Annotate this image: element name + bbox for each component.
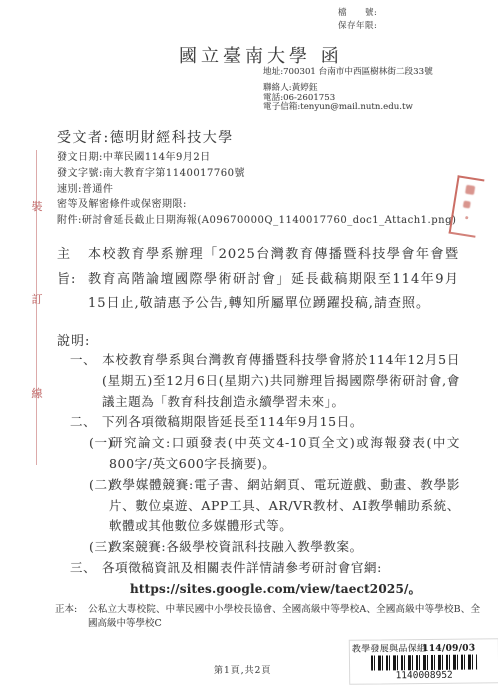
file-number-label: 檔 號: [338,7,377,20]
contact-block: 地址:700301 台南市中西區樹林街二段33號 聯絡人:黃婷鈺 電話:06-2… [263,67,433,113]
received-stamp: 教學發展與品保組114/09/03 1140008952 [349,638,498,685]
item-label: (二) [89,475,109,496]
item-label: 二、 [70,412,102,433]
item-text: 研究論文:口頭發表(中英文4-10頁全文)或海報發表(中文800字/英文600字… [109,435,460,471]
subject-text: 本校教育學系辦理「2025台灣教育傳播暨科技學會年會暨教育高階論壇國際學術研討會… [88,243,459,317]
security-class-line: 密等及解密條件或保密期限: [57,197,456,213]
list-item: (三)教案競賽:各級學校資訊科技融入教學教案。 [89,537,460,558]
contact-address: 地址:700301 台南市中西區樹林街二段33號 [263,67,433,78]
list-item: (一)研究論文:口頭發表(中英文4-10頁全文)或海報發表(中文800字/英文6… [89,433,460,475]
list-item: (二)教學媒體競賽:電子書、網站網頁、電玩遊戲、動畫、教學影片、數位桌遊、APP… [89,475,460,537]
stamp-date: 114/09/03 [422,643,475,654]
explanation-label: 說明: [57,330,90,349]
attachment-line: 附件:研討會延長截止日期海報(A09670000Q_1140017760_doc… [57,213,456,229]
conference-website-url: https://sites.google.com/view/taect2025/… [130,579,460,600]
copy-to-label: 正本: [55,603,88,617]
explanation-items: 一、本校教育學系與台灣教育傳播暨科技學會將於114年12月5日(星期五)至12月… [70,350,460,600]
item-label: (一) [89,433,109,454]
barcode-number: 1140008952 [352,669,496,682]
barcode [371,654,477,670]
issue-number-line: 發文字號:南大教育字第1140017760號 [57,166,456,182]
list-item: 一、本校教育學系與台灣教育傳播暨科技學會將於114年12月5日(星期五)至12月… [70,350,460,412]
list-item: 二、下列各項徵稿期限皆延長至114年9月15日。 [70,412,460,433]
seal-mark [465,185,475,195]
file-archive-labels: 檔 號: 保存年限: [338,7,377,32]
document-title: 國立臺南大學 函 [179,42,343,68]
binding-mark-ding: 訂 [29,291,45,307]
item-text: 教案競賽:各級學校資訊科技融入教學教案。 [109,539,363,554]
item-text: 本校教育學系與台灣教育傳播暨科技學會將於114年12月5日(星期五)至12月6日… [102,352,460,409]
seal-mark [463,201,471,209]
speed-class-line: 速別:普通件 [57,182,456,198]
item-text: 各項徵稿資訊及相關表件詳情請參考研討會官網: [102,560,382,575]
copy-to-section: 正本:公私立大專校院、中華民國中小學校長協會、全國高級中等學校A、全國高級中等學… [55,603,480,630]
scanned-official-letter: 檔 號: 保存年限: 國立臺南大學 函 地址:700301 台南市中西區樹林街二… [0,0,498,700]
document-meta: 發文日期:中華民國114年9月2日 發文字號:南大教育字第1140017760號… [57,150,456,229]
item-label: 一、 [70,350,102,371]
retention-period-label: 保存年限: [338,20,377,33]
page-number-info: 第1頁,共2頁 [214,663,271,676]
recipient-line: 受文者:德明財經科技大學 [57,127,234,147]
item-label: 三、 [70,558,102,579]
stamp-office: 教學發展與品保組 [352,644,427,655]
issue-date-line: 發文日期:中華民國114年9月2日 [57,150,456,166]
copy-to-text: 公私立大專校院、中華民國中小學校長協會、全國高級中等學校A、全國高級中等學校B、… [88,604,480,629]
seal-mark [465,216,468,219]
item-text: 下列各項徵稿期限皆延長至114年9月15日。 [102,414,363,429]
binding-mark-zhuang: 裝 [29,198,45,214]
item-label: (三) [89,537,109,558]
subject-label: 主旨: [57,243,88,317]
contact-email: 電子信箱:tenyun@mail.nutn.edu.tw [263,103,433,113]
subject-section: 主旨: 本校教育學系辦理「2025台灣教育傳播暨科技學會年會暨教育高階論壇國際學… [57,243,459,317]
stamp-office-and-date: 教學發展與品保組114/09/03 [352,640,496,655]
item-text: 教學媒體競賽:電子書、網站網頁、電玩遊戲、動畫、教學影片、數位桌遊、APP工具、… [109,477,460,534]
binding-mark-xian: 線 [29,385,45,401]
list-item: 三、各項徵稿資訊及相關表件詳情請參考研討會官網: https://sites.g… [70,558,460,600]
